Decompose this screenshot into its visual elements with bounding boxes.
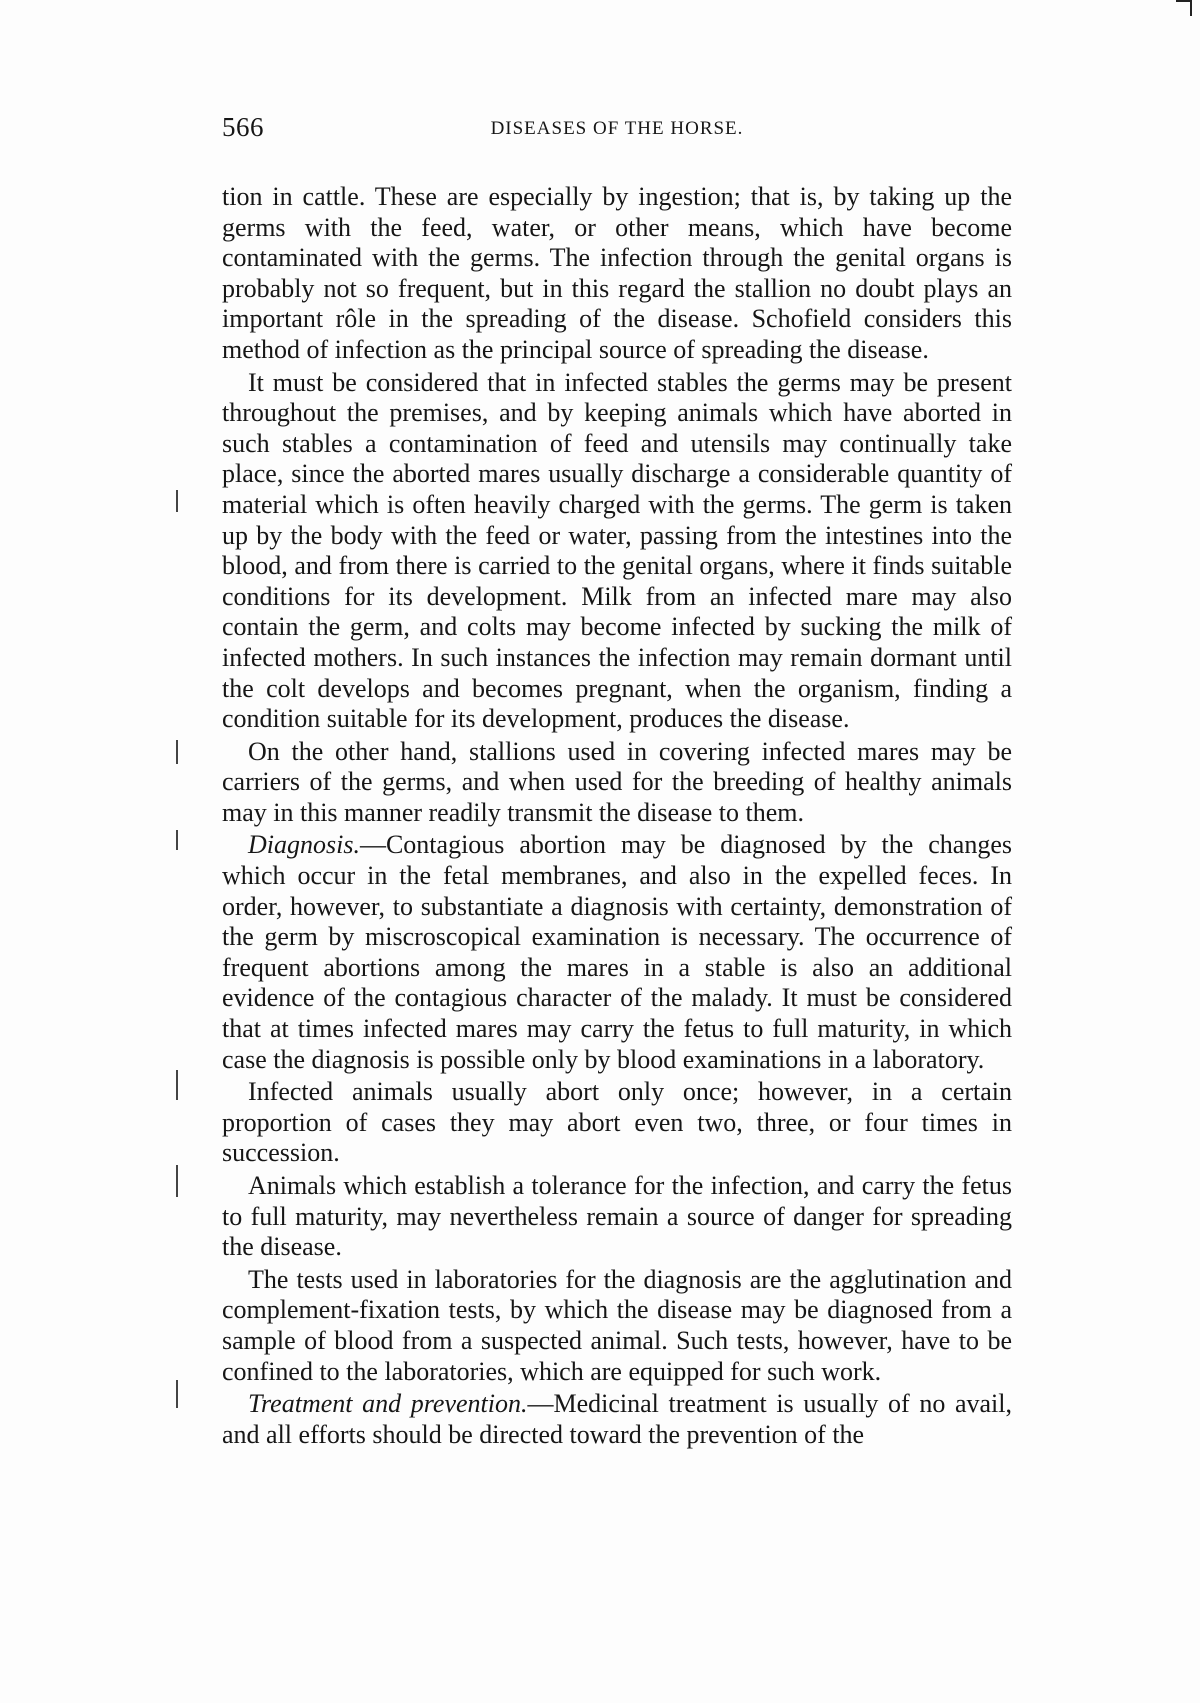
paragraph-text: tion in cattle. These are especially by … bbox=[222, 182, 1012, 364]
paragraph-5: Infected animals usually abort only once… bbox=[222, 1077, 1012, 1169]
paragraph-6: Animals which establish a tolerance for … bbox=[222, 1171, 1012, 1263]
scan-artifact bbox=[176, 740, 178, 764]
scan-artifact bbox=[176, 1380, 178, 1408]
body-text: tion in cattle. These are especially by … bbox=[222, 182, 1012, 1452]
paragraph-text: On the other hand, stallions used in cov… bbox=[222, 737, 1012, 827]
paragraph-treatment: Treatment and prevention.—Medicinal trea… bbox=[222, 1389, 1012, 1450]
paragraph-text: —Contagious abortion may be diagnosed by… bbox=[222, 830, 1012, 1073]
scan-artifact bbox=[176, 1165, 178, 1197]
paragraph-diagnosis: Diagnosis.—Contagious abortion may be di… bbox=[222, 830, 1012, 1075]
section-heading-treatment: Treatment and prevention. bbox=[248, 1389, 527, 1418]
running-title: DISEASES OF THE HORSE. bbox=[222, 118, 1012, 140]
running-head: 566 DISEASES OF THE HORSE. bbox=[222, 112, 1012, 148]
paragraph-3: On the other hand, stallions used in cov… bbox=[222, 737, 1012, 829]
paragraph-text: The tests used in laboratories for the d… bbox=[222, 1265, 1012, 1386]
scan-artifact bbox=[176, 1070, 178, 1100]
paragraph-2: It must be considered that in infected s… bbox=[222, 368, 1012, 735]
paragraph-text: Animals which establish a tolerance for … bbox=[222, 1171, 1012, 1261]
section-heading-diagnosis: Diagnosis. bbox=[248, 830, 360, 859]
paragraph-7: The tests used in laboratories for the d… bbox=[222, 1265, 1012, 1387]
paragraph-text: Infected animals usually abort only once… bbox=[222, 1077, 1012, 1167]
scan-corner-mark bbox=[1176, 0, 1192, 16]
scan-artifact bbox=[176, 830, 178, 850]
paragraph-text: It must be considered that in infected s… bbox=[222, 368, 1012, 734]
paragraph-1: tion in cattle. These are especially by … bbox=[222, 182, 1012, 366]
scan-artifact bbox=[176, 490, 178, 512]
book-page: 566 DISEASES OF THE HORSE. tion in cattl… bbox=[0, 0, 1200, 1703]
